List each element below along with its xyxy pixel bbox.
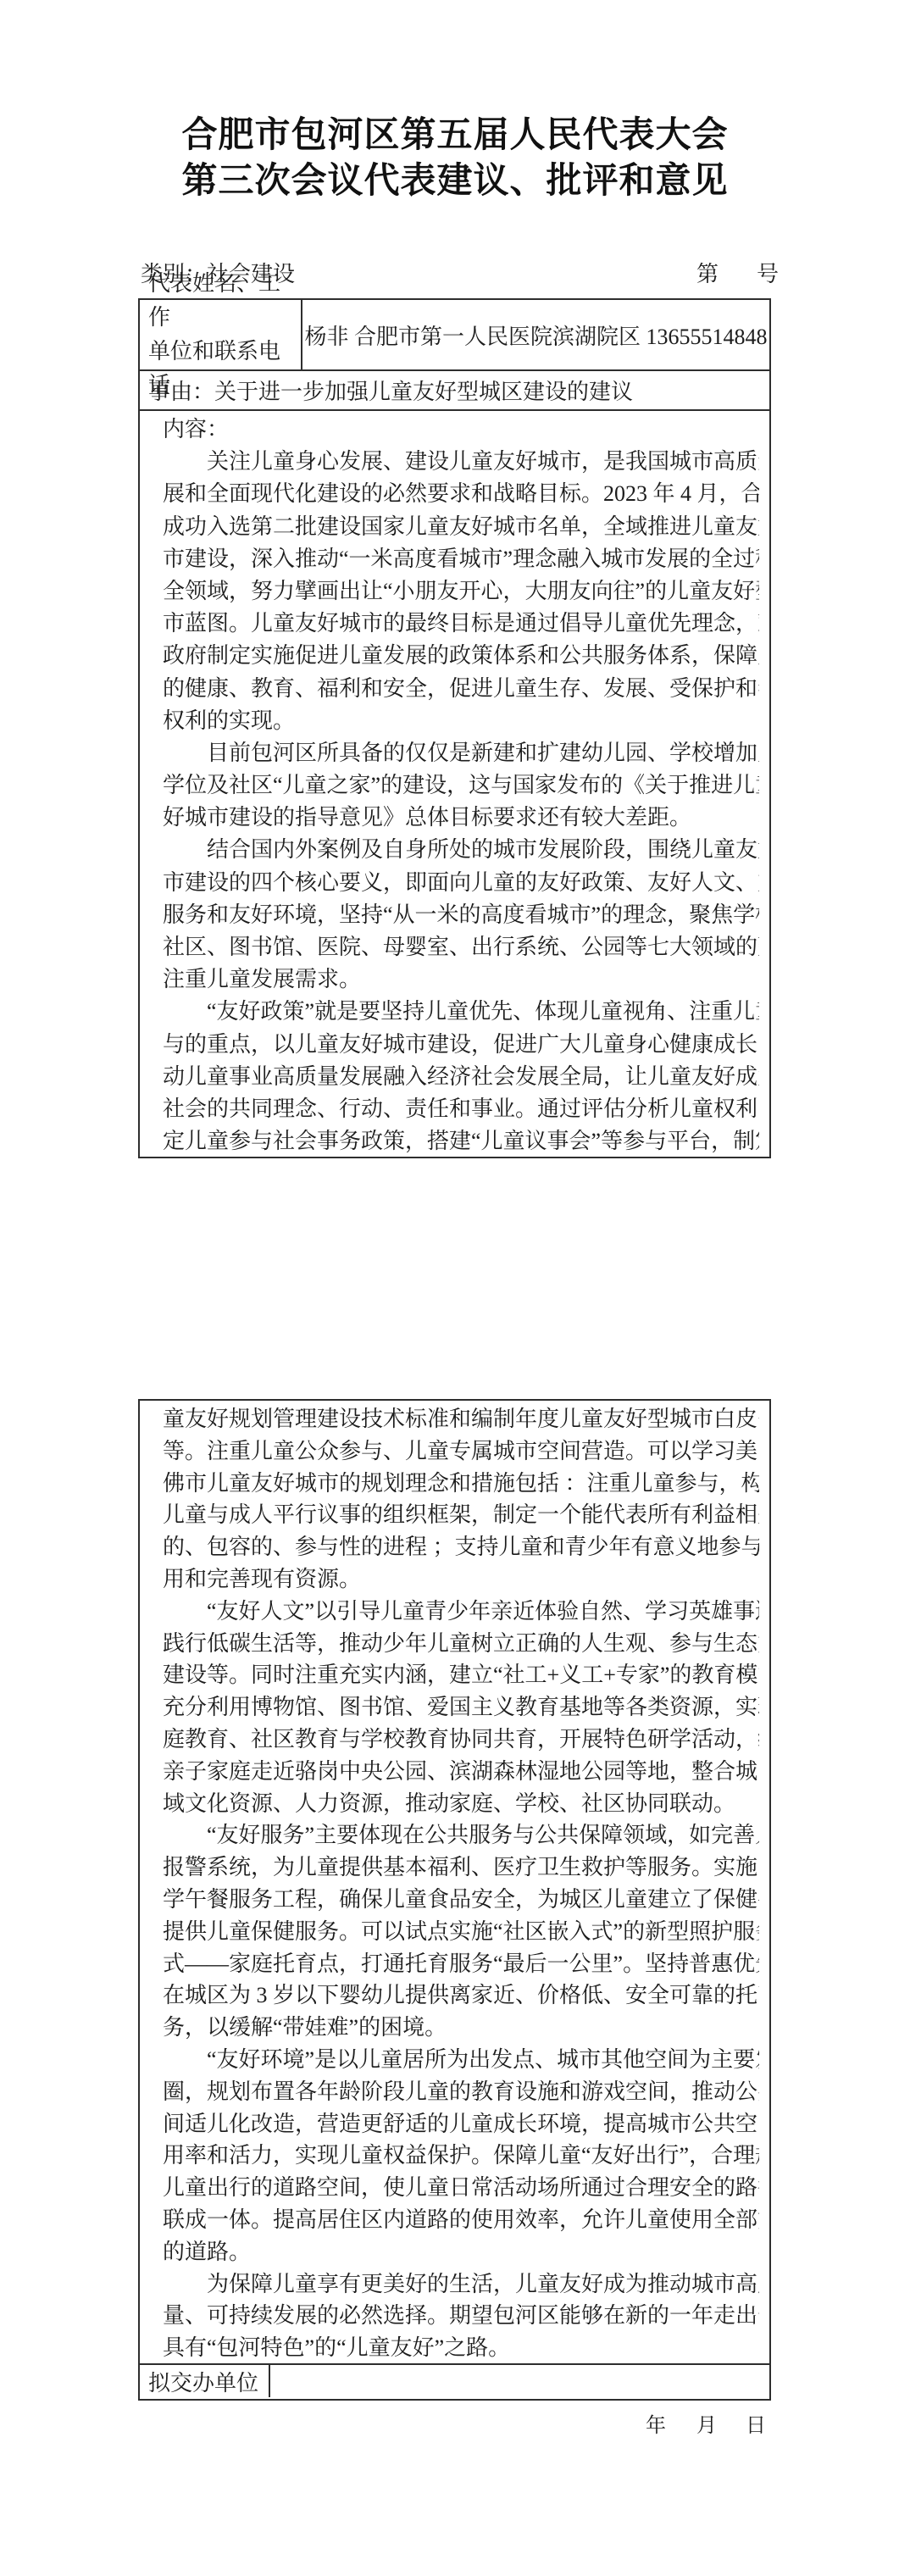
meta-line: 类别：社会建设 第 号: [0, 257, 910, 286]
content-line: 学位及社区“儿童之家”的建设，这与国家发布的《关于推进儿童友: [163, 769, 759, 802]
content-line: 童友好规划管理建设技术标准和编制年度儿童友好型城市白皮书: [163, 1403, 759, 1435]
content-line: 服务和友好环境，坚持“从一米的高度看城市”的理念，聚焦学校、: [163, 899, 759, 931]
content-line: 成功入选第二批建设国家儿童友好城市名单，全域推进儿童友好城: [163, 511, 759, 543]
content-line: 践行低碳生活等，推动少年儿童树立正确的人生观、参与生态文明: [163, 1628, 759, 1660]
date-month-label: 月: [696, 2408, 717, 2438]
content-line: 在城区为 3 岁以下婴幼儿提供离家近、价格低、安全可靠的托育服: [163, 1979, 759, 2012]
content-line: 儿童出行的道路空间，使儿童日常活动场所通过合理安全的路径串: [163, 2172, 759, 2204]
doc-title: 合肥市包河区第五届人民代表大会 第三次会议代表建议、批评和意见: [0, 113, 910, 204]
content-line: 具有“包河特色”的“儿童友好”之路。: [163, 2332, 759, 2364]
doc-title-line2: 第三次会议代表建议、批评和意见: [0, 158, 910, 204]
assign-unit-row: 拟交办单位: [140, 2365, 769, 2397]
content-line: 量、可持续发展的必然选择。期望包河区能够在新的一年走出一条: [163, 2300, 759, 2332]
content-line: 全领域，努力擘画出让“小朋友开心，大朋友向往”的儿童友好型城: [163, 575, 759, 608]
content-line: 动儿童事业高质量发展融入经济社会发展全局，让儿童友好成为全: [163, 1061, 759, 1093]
content-line: 亲子家庭走近骆岗中央公园、滨湖森林湿地公园等地，整合城区地: [163, 1756, 759, 1788]
content-line: 市建设的四个核心要义，即面向儿童的友好政策、友好人文、友好: [163, 867, 759, 899]
content-line: 域文化资源、人力资源，推动家庭、学校、社区协同联动。: [163, 1788, 759, 1820]
content-line: 联成一体。提高居住区内道路的使用效率，允许儿童使用全部宽度: [163, 2204, 759, 2236]
form-table-page2: 童友好规划管理建设技术标准和编制年度儿童友好型城市白皮书等。注重儿童公众参与、儿…: [138, 1399, 771, 2401]
content-line: 用率和活力，实现儿童权益保护。保障儿童“友好出行”，合理规划: [163, 2140, 759, 2172]
assign-unit-label: 拟交办单位: [140, 2365, 270, 2397]
representative-label: 代表姓名、工作 单位和联系电话: [140, 300, 302, 369]
date-line: 年 月 日: [0, 2408, 910, 2435]
content-line: 好城市建设的指导意见》总体目标要求还有较大差距。: [163, 802, 759, 834]
content-line: 充分利用博物馆、图书馆、爱国主义教育基地等各类资源，实现家: [163, 1691, 759, 1724]
content-line: 庭教育、社区教育与学校教育协同共育，开展特色研学活动，组织: [163, 1724, 759, 1756]
doc-title-line1: 合肥市包河区第五届人民代表大会: [0, 113, 910, 158]
content-line: 社区、图书馆、医院、母婴室、出行系统、公园等七大领域的建设，: [163, 931, 759, 963]
content-line: 的、包容的、参与性的进程 ；支持儿童和青少年有意义地参与利: [163, 1531, 759, 1563]
content-line: 市蓝图。儿童友好城市的最终目标是通过倡导儿童优先理念，鼓励: [163, 608, 759, 640]
content-line: 社会的共同理念、行动、责任和事业。通过评估分析儿童权利，制: [163, 1093, 759, 1125]
date-day-label: 日: [746, 2408, 766, 2438]
content-line: 佛市儿童友好城市的规划理念和措施包括 ：注重儿童参与，构建: [163, 1468, 759, 1500]
document-page: { "title": { "line1": "合肥市包河区第五届人民代表大会",…: [0, 0, 910, 2576]
content-line: 展和全面现代化建设的必然要求和战略目标。2023 年 4 月，合肥市: [163, 478, 759, 510]
content-line: 注重儿童发展需求。: [163, 963, 759, 996]
number-suffix: 号: [757, 257, 779, 288]
content-line: 建设等。同时注重充实内涵，建立“社工+义工+专家”的教育模式，: [163, 1659, 759, 1691]
content-line: 关注儿童身心发展、建设儿童友好城市，是我国城市高质量发: [163, 446, 759, 478]
content-line: 等。注重儿童公众参与、儿童专属城市空间营造。可以学习美国丹: [163, 1435, 759, 1468]
representative-row: 代表姓名、工作 单位和联系电话 杨非 合肥市第一人民医院滨湖院区 1365551…: [140, 300, 769, 371]
representative-value: 杨非 合肥市第一人民医院滨湖院区 13655514848: [302, 300, 769, 369]
date-year-label: 年: [646, 2408, 666, 2438]
content-line: 儿童与成人平行议事的组织框架，制定一个能代表所有利益相关者: [163, 1499, 759, 1531]
content-line: 内容：: [163, 414, 759, 446]
content-line: “友好服务”主要体现在公共服务与公共保障领域，如完善儿童: [163, 1819, 759, 1851]
content-line: 政府制定实施促进儿童发展的政策体系和公共服务体系，保障儿童: [163, 640, 759, 672]
number-prefix: 第: [696, 257, 719, 288]
content-line: 市建设，深入推动“一米高度看城市”理念融入城市发展的全过程、: [163, 543, 759, 575]
content-line: 用和完善现有资源。: [163, 1563, 759, 1596]
content-line: “友好政策”就是要坚持儿童优先、体现儿童视角、注重儿童参: [163, 996, 759, 1028]
content-line: 与的重点，以儿童友好城市建设，促进广大儿童身心健康成长，推: [163, 1029, 759, 1061]
content-line: “友好环境”是以儿童居所为出发点、城市其他空间为主要发展: [163, 2044, 759, 2076]
content-line: 目前包河区所具备的仅仅是新建和扩建幼儿园、学校增加入学: [163, 737, 759, 769]
content-line: 权利的实现。: [163, 705, 759, 737]
content-cell-page1: 内容： 关注儿童身心发展、建设儿童友好城市，是我国城市高质量发展和全面现代化建设…: [140, 411, 769, 1155]
representative-label-line1: 代表姓名、工作: [148, 267, 301, 335]
assign-unit-value: [270, 2365, 769, 2397]
content-line: 式——家庭托育点，打通托育服务“最后一公里”。坚持普惠优先，: [163, 1948, 759, 1980]
content-line: 的健康、教育、福利和安全，促进儿童生存、发展、受保护和参与: [163, 673, 759, 705]
form-table-page1: 代表姓名、工作 单位和联系电话 杨非 合肥市第一人民医院滨湖院区 1365551…: [138, 298, 771, 1158]
subject-row: 事由：关于进一步加强儿童友好型城区建设的建议: [140, 371, 769, 411]
content-line: 务，以缓解“带娃难”的困境。: [163, 2012, 759, 2044]
content-line: “友好人文”以引导儿童青少年亲近体验自然、学习英雄事迹、: [163, 1596, 759, 1628]
content-line: 的道路。: [163, 2236, 759, 2268]
content-line: 间适儿化改造，营造更舒适的儿童成长环境，提高城市公共空间利: [163, 2108, 759, 2140]
content-line: 结合国内外案例及自身所处的城市发展阶段，围绕儿童友好城: [163, 834, 759, 866]
content-line: 学午餐服务工程，确保儿童食品安全，为城区儿童建立了保健手册，: [163, 1884, 759, 1916]
content-line: 为保障儿童享有更美好的生活，儿童友好成为推动城市高质: [163, 2268, 759, 2301]
content-cell-page2: 童友好规划管理建设技术标准和编制年度儿童友好型城市白皮书等。注重儿童公众参与、儿…: [140, 1401, 769, 2365]
content-line: 圈，规划布置各年龄阶段儿童的教育设施和游戏空间，推动公共空: [163, 2076, 759, 2108]
content-line: 报警系统，为儿童提供基本福利、医疗卫生救护等服务。实施中小: [163, 1851, 759, 1884]
content-line: 提供儿童保健服务。可以试点实施“社区嵌入式”的新型照护服务模: [163, 1916, 759, 1948]
content-line: 定儿童参与社会事务政策，搭建“儿童议事会”等参与平台，制定儿: [163, 1125, 759, 1155]
